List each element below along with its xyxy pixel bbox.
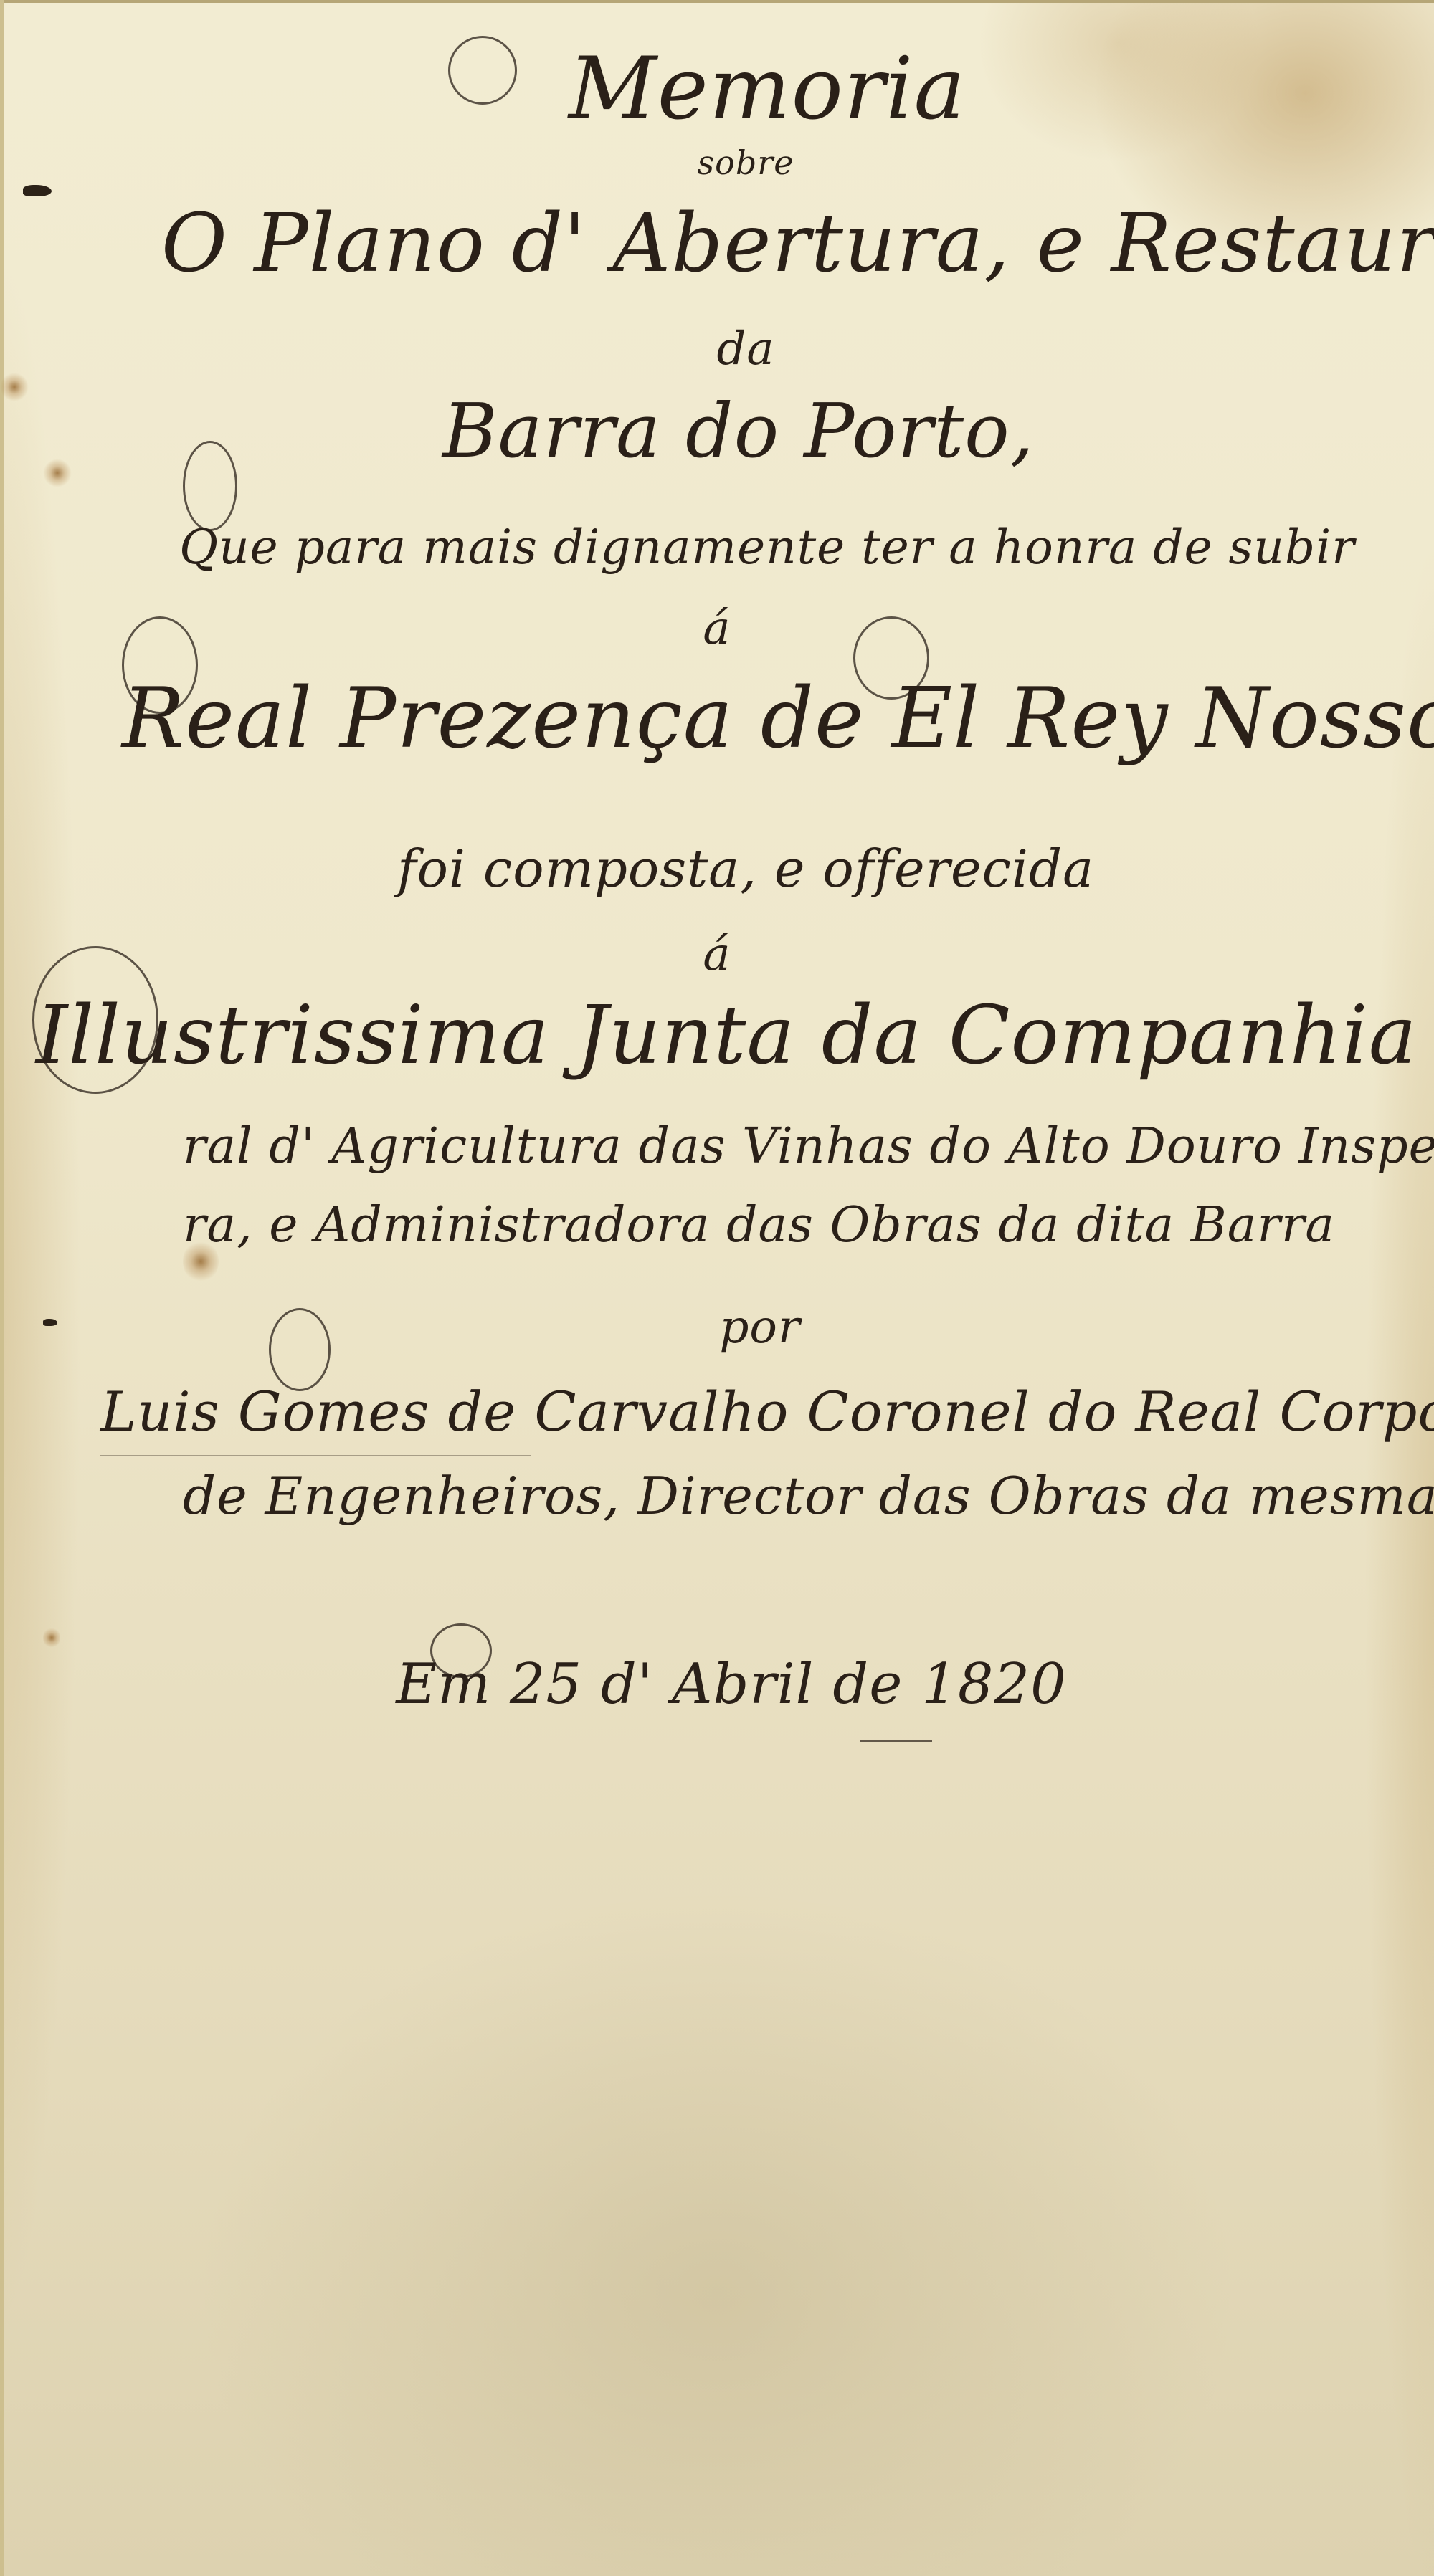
document-date: Em 25 d' Abril de 1820 (0, 1652, 1434, 1717)
dedication-line-1: Que para mais dignamente ter a honra de … (0, 520, 1434, 575)
title-memoria: Memoria (0, 39, 1434, 139)
dedication-a-2: á (0, 928, 1434, 981)
author-title: de Engenheiros, Director das Obras da me… (0, 1466, 1434, 1526)
dedication-foi-composta: foi composta, e offerecida (0, 839, 1434, 899)
dedication-a-1: á (0, 602, 1434, 655)
foxing-spot (43, 1627, 60, 1649)
title-da: da (0, 323, 1434, 376)
title-plano: O Plano d' Abertura, e Restauração (0, 197, 1434, 290)
title-sobre: sobre (0, 143, 1434, 182)
dedication-agricultura: ral d' Agricultura das Vinhas do Alto Do… (0, 1118, 1434, 1175)
author-underline (100, 1455, 531, 1456)
dedication-real-presenca: Real Prezença de El Rey Nosso Senhor (0, 670, 1434, 767)
date-underline (860, 1740, 932, 1742)
ink-blot (23, 185, 52, 196)
page-top-edge (0, 0, 1434, 3)
dedication-administradora: ra, e Administradora das Obras da dita B… (0, 1197, 1434, 1254)
manuscript-page: Memoria sobre O Plano d' Abertura, e Res… (0, 0, 1434, 2576)
dedication-illustrissima: Illustrissima Junta da Companhia Ge- (0, 989, 1434, 1082)
author-name: Luis Gomes de Carvalho Coronel do Real C… (0, 1380, 1434, 1444)
title-barra-do-porto: Barra do Porto, (0, 387, 1434, 474)
byline-por: por (0, 1301, 1434, 1354)
